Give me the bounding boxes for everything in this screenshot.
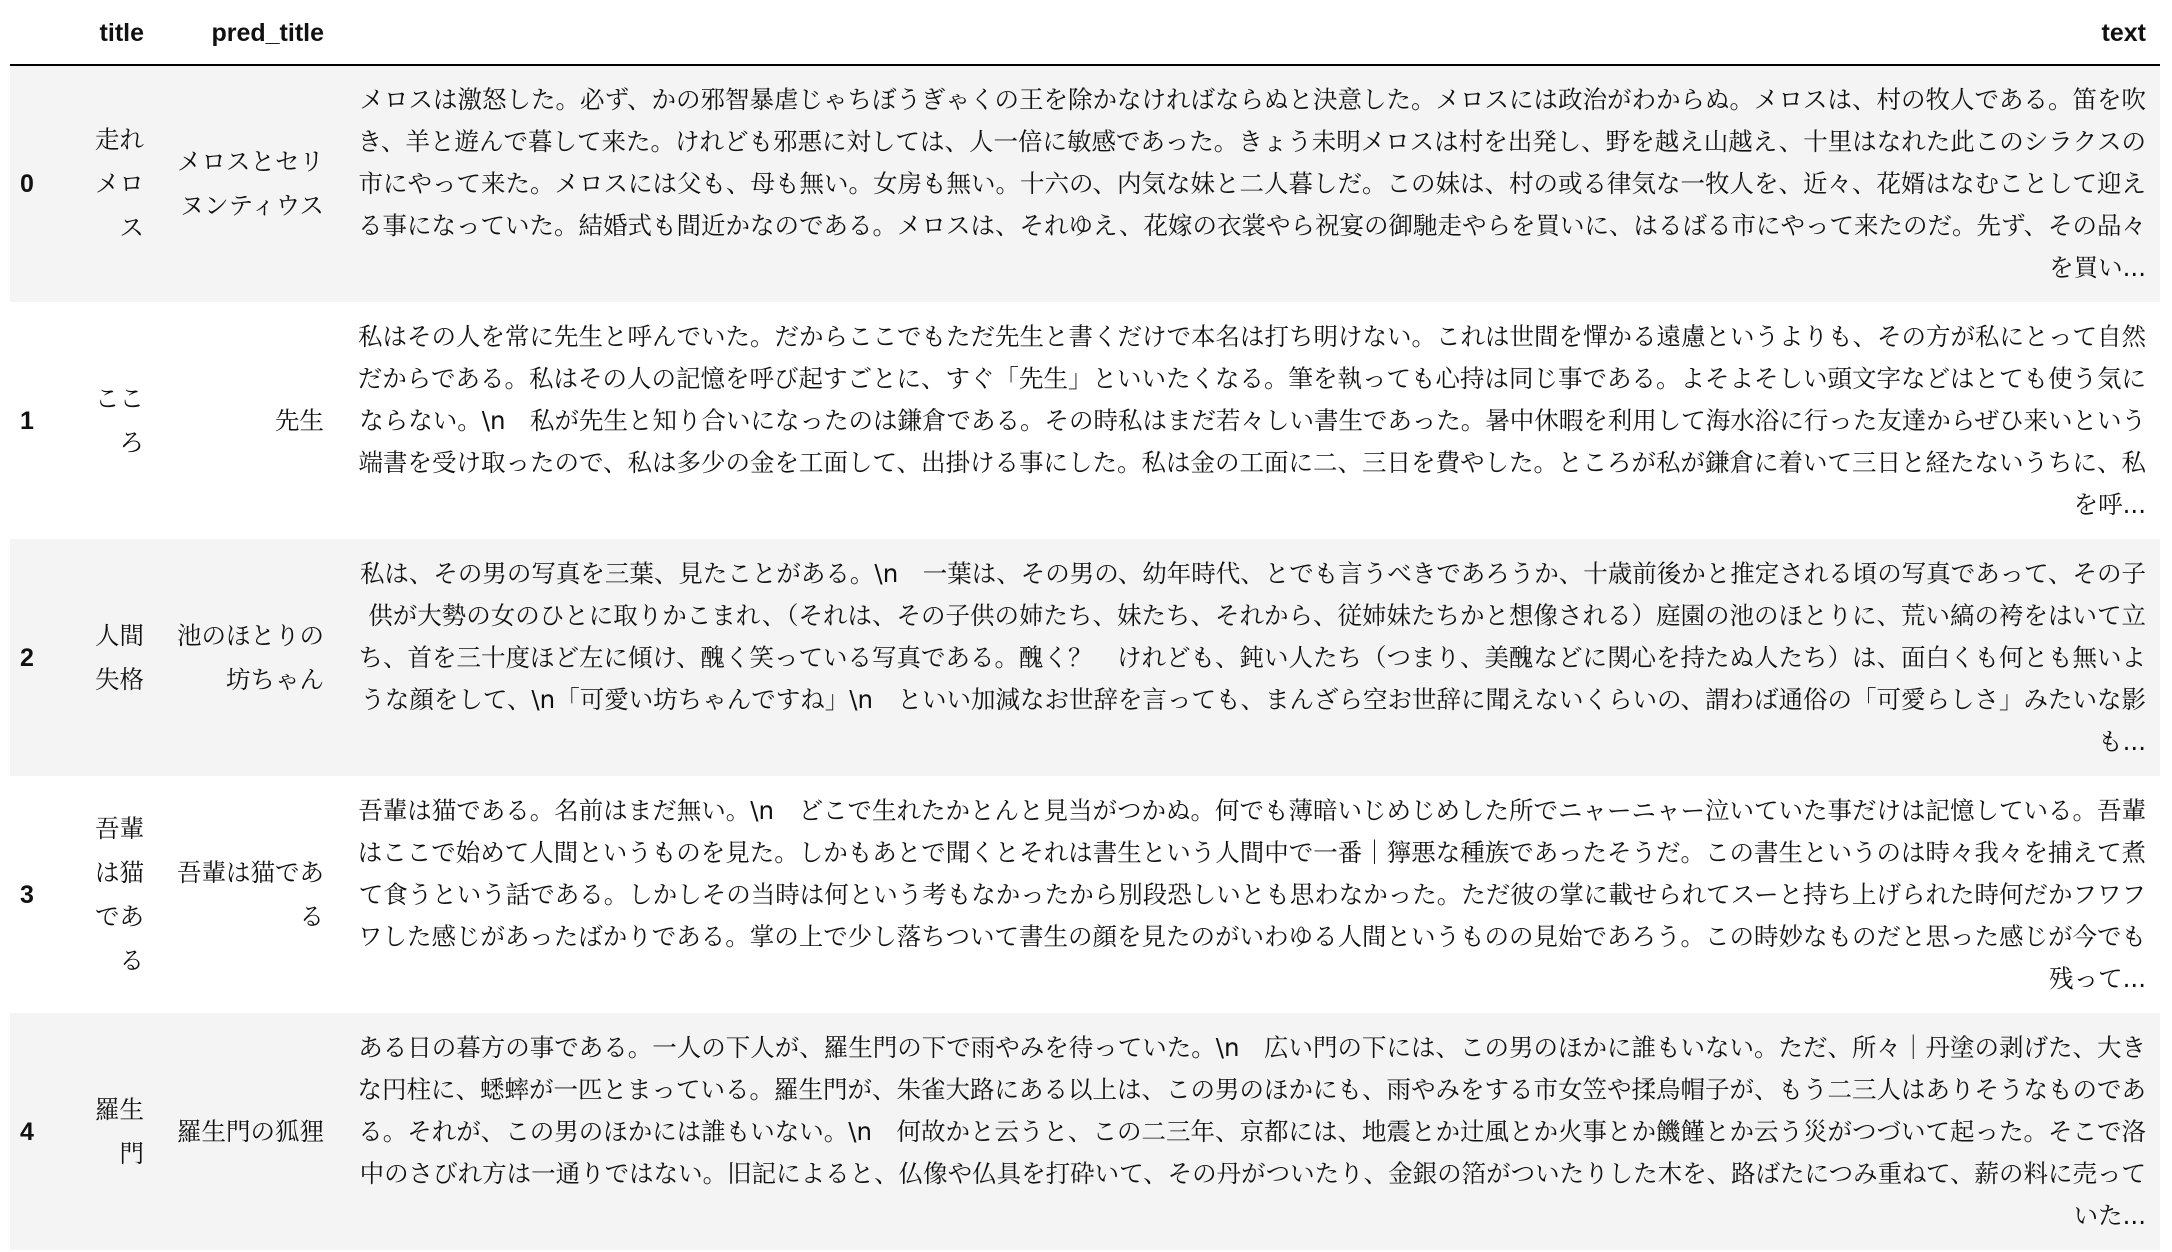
header-index — [10, 0, 78, 65]
cell-pred-title: 先生 — [158, 302, 338, 539]
header-text: text — [338, 0, 2160, 65]
table-row: 0 走れメロス メロスとセリヌンティウス メロスは激怒した。必ず、かの邪智暴虐じ… — [10, 65, 2160, 302]
cell-text: メロスは激怒した。必ず、かの邪智暴虐じゃちぼうぎゃくの王を除かなければならぬと決… — [338, 65, 2160, 302]
cell-title: 吾輩は猫である — [78, 776, 158, 1013]
table-row: 4 羅生門 羅生門の狐狸 ある日の暮方の事である。一人の下人が、羅生門の下で雨や… — [10, 1013, 2160, 1250]
cell-title: 羅生門 — [78, 1013, 158, 1250]
row-index: 3 — [10, 776, 78, 1013]
cell-text: 吾輩は猫である。名前はまだ無い。\n どこで生れたかとんと見当がつかぬ。何でも薄… — [338, 776, 2160, 1013]
header-row: title pred_title text — [10, 0, 2160, 65]
header-title: title — [78, 0, 158, 65]
row-index: 4 — [10, 1013, 78, 1250]
header-pred-title: pred_title — [158, 0, 338, 65]
dataframe-table: title pred_title text 0 走れメロス メロスとセリヌンティ… — [10, 0, 2160, 1250]
cell-title: こころ — [78, 302, 158, 539]
table-row: 2 人間失格 池のほとりの坊ちゃん 私は、その男の写真を三葉、見たことがある。\… — [10, 539, 2160, 776]
cell-pred-title: 羅生門の狐狸 — [158, 1013, 338, 1250]
table-row: 3 吾輩は猫である 吾輩は猫である 吾輩は猫である。名前はまだ無い。\n どこで… — [10, 776, 2160, 1013]
cell-text: ある日の暮方の事である。一人の下人が、羅生門の下で雨やみを待っていた。\n 広い… — [338, 1013, 2160, 1250]
table-header: title pred_title text — [10, 0, 2160, 65]
row-index: 0 — [10, 65, 78, 302]
cell-pred-title: メロスとセリヌンティウス — [158, 65, 338, 302]
table-body: 0 走れメロス メロスとセリヌンティウス メロスは激怒した。必ず、かの邪智暴虐じ… — [10, 65, 2160, 1250]
row-index: 1 — [10, 302, 78, 539]
cell-pred-title: 吾輩は猫である — [158, 776, 338, 1013]
cell-title: 走れメロス — [78, 65, 158, 302]
dataframe-output: title pred_title text 0 走れメロス メロスとセリヌンティ… — [10, 0, 2160, 1250]
cell-title: 人間失格 — [78, 539, 158, 776]
cell-pred-title: 池のほとりの坊ちゃん — [158, 539, 338, 776]
table-row: 1 こころ 先生 私はその人を常に先生と呼んでいた。だからここでもただ先生と書く… — [10, 302, 2160, 539]
cell-text: 私は、その男の写真を三葉、見たことがある。\n 一葉は、その男の、幼年時代、とで… — [338, 539, 2160, 776]
cell-text: 私はその人を常に先生と呼んでいた。だからここでもただ先生と書くだけで本名は打ち明… — [338, 302, 2160, 539]
row-index: 2 — [10, 539, 78, 776]
